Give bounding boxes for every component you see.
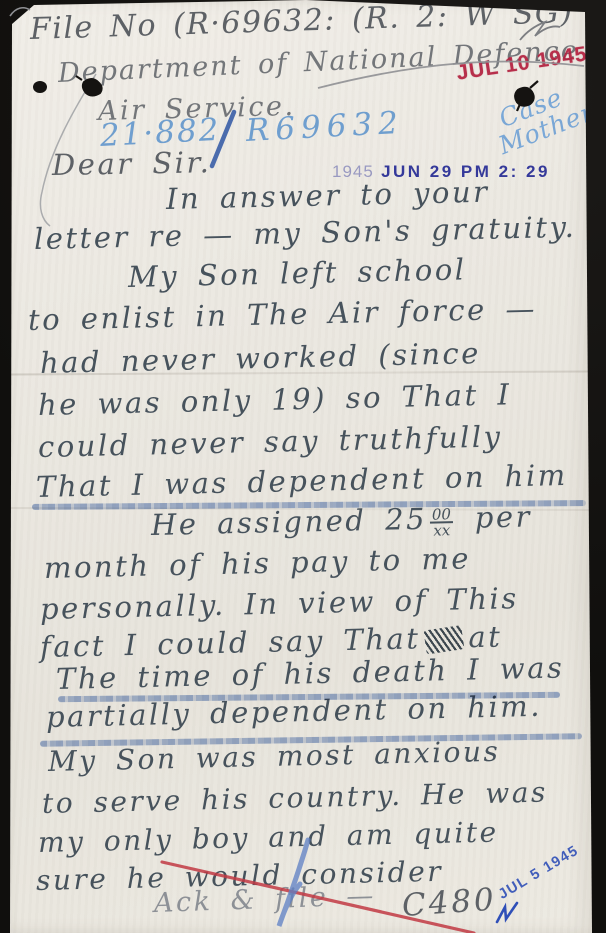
body-line: month of his pay to me (44, 541, 472, 585)
case-mother-note: Case Mother (486, 76, 597, 158)
amount-fraction: 00xx (430, 507, 454, 538)
scribbled-out-word (424, 625, 465, 654)
body-line: my only boy and am quite (38, 816, 499, 859)
body-line: My Son left school (128, 252, 467, 294)
body-line: had never worked (since (40, 336, 482, 380)
body-line: personally. In view of This (40, 581, 519, 626)
ack-note: Ack & file — (153, 880, 376, 919)
datetime-stamp: 1945 JUN 29 PM 2: 29 (332, 162, 550, 182)
body-line: to serve his country. He was (42, 776, 549, 820)
datetime-stamp-rest: JUN 29 PM 2: 29 (381, 162, 550, 181)
datetime-stamp-year: 1945 (332, 162, 374, 181)
letter-paper: File No (R·69632: (R. 2: W SG) Departmen… (6, 0, 592, 933)
body-line: could never say truthfully (38, 419, 503, 464)
blue-file-number-right: R69632 (245, 105, 405, 149)
amount-subscript: xx (433, 523, 450, 538)
c480-number: C480 (401, 881, 498, 924)
body-line: to enlist in The Air force — (28, 291, 538, 337)
filed-stamp: JUL 5 1945 (496, 843, 582, 903)
scan-background: File No (R·69632: (R. 2: W SG) Departmen… (0, 0, 606, 933)
body-line-underlined: That I was dependent on him (36, 458, 568, 504)
fact-post: at (468, 620, 503, 655)
body-line: letter re — my Son's gratuity. (34, 210, 577, 256)
salutation: Dear Sir. (52, 145, 212, 182)
body-line: he was only 19) so That I (38, 377, 512, 422)
